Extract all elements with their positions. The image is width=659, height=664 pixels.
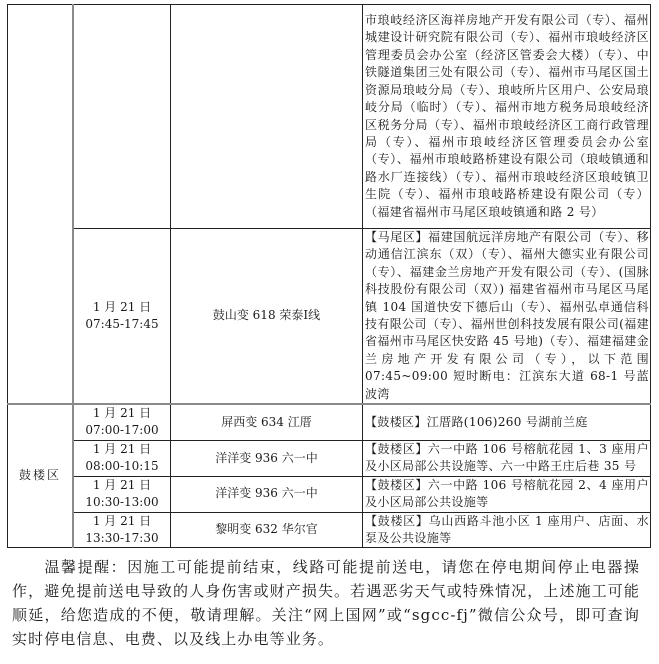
line-name: 黎明变 632 华尔官: [215, 522, 318, 536]
scope-text: 【鼓楼区】六一中路 106 号榕航花园 2、4 座用户及小区局部公共设施等: [365, 477, 649, 512]
scope-text: 【鼓楼区】乌山西路斗池小区 1 座用户、店面、水泵及公共设施等: [365, 513, 649, 548]
line-name: 鼓山变 618 荣泰Ⅰ线: [213, 308, 320, 322]
outage-date: 1 月 21 日: [74, 441, 170, 458]
time-cell: 1 月 21 日 13:30-17:30: [73, 512, 171, 548]
scope-text: 市琅岐经济区海祥房地产开发有限公司（专）、福州城建设计研究院有限公司（专）、福州…: [365, 12, 649, 221]
time-cell: 1 月 21 日 08:00-10:15: [73, 440, 171, 476]
scope-cell: 市琅岐经济区海祥房地产开发有限公司（专）、福州城建设计研究院有限公司（专）、福州…: [363, 5, 651, 229]
line-cell: 洋洋变 936 六一中: [171, 476, 363, 512]
warm-reminder-notice: 温馨提醒：因施工可能提前结束，线路可能提前送电，请您在停电期间停止电器操作，避免…: [12, 555, 640, 651]
outage-time-range: 13:30-17:30: [74, 530, 170, 547]
line-cell: [171, 5, 363, 229]
area-label: 鼓楼区: [19, 468, 61, 482]
outage-time-range: 10:30-13:00: [74, 494, 170, 511]
table-row: 1 月 21 日 13:30-17:30 黎明变 632 华尔官 【鼓楼区】乌山…: [8, 512, 651, 548]
outage-schedule-table: 市琅岐经济区海祥房地产开发有限公司（专）、福州城建设计研究院有限公司（专）、福州…: [7, 4, 651, 548]
area-cell: [8, 5, 74, 405]
line-name: 屏西变 634 江厝: [221, 415, 312, 429]
time-cell: [73, 5, 171, 229]
scope-text: 【鼓楼区】六一中路 106 号榕航花园 1、3 座用户及小区局部公共设施等、六一…: [365, 441, 649, 476]
line-cell: 黎明变 632 华尔官: [171, 512, 363, 548]
scope-cell: 【鼓楼区】江厝路(106)260 号湖前兰庭: [363, 404, 651, 440]
outage-date: 1 月 21 日: [74, 513, 170, 530]
line-cell: 鼓山变 618 荣泰Ⅰ线: [171, 229, 363, 405]
outage-date: 1 月 21 日: [74, 477, 170, 494]
line-cell: 屏西变 634 江厝: [171, 404, 363, 440]
scope-cell: 【马尾区】福建国航远洋房地产有限公司（专）、移动通信江滨东（双）（专）、福州大德…: [363, 229, 651, 405]
table-row: 市琅岐经济区海祥房地产开发有限公司（专）、福州城建设计研究院有限公司（专）、福州…: [8, 5, 651, 229]
notice-text: 温馨提醒：因施工可能提前结束，线路可能提前送电，请您在停电期间停止电器操作，避免…: [12, 558, 640, 648]
time-cell: 1 月 21 日 07:00-17:00: [73, 404, 171, 440]
table-row: 1 月 21 日 10:30-13:00 洋洋变 936 六一中 【鼓楼区】六一…: [8, 476, 651, 512]
line-cell: 洋洋变 936 六一中: [171, 440, 363, 476]
area-cell: 鼓楼区: [8, 404, 74, 548]
scope-text: 【鼓楼区】江厝路(106)260 号湖前兰庭: [365, 414, 649, 431]
outage-date: 1 月 21 日: [74, 299, 170, 316]
table-row: 鼓楼区 1 月 21 日 07:00-17:00 屏西变 634 江厝 【鼓楼区…: [8, 404, 651, 440]
scope-cell: 【鼓楼区】六一中路 106 号榕航花园 1、3 座用户及小区局部公共设施等、六一…: [363, 440, 651, 476]
outage-date: 1 月 21 日: [74, 405, 170, 422]
outage-time-range: 08:00-10:15: [74, 458, 170, 475]
line-name: 洋洋变 936 六一中: [215, 486, 318, 500]
table-row: 1 月 21 日 08:00-10:15 洋洋变 936 六一中 【鼓楼区】六一…: [8, 440, 651, 476]
outage-time-range: 07:00-17:00: [74, 422, 170, 439]
time-cell: 1 月 21 日 10:30-13:00: [73, 476, 171, 512]
table-row: 1 月 21 日 07:45-17:45 鼓山变 618 荣泰Ⅰ线 【马尾区】福…: [8, 229, 651, 405]
scope-cell: 【鼓楼区】六一中路 106 号榕航花园 2、4 座用户及小区局部公共设施等: [363, 476, 651, 512]
outage-time-range: 07:45-17:45: [74, 316, 170, 333]
time-cell: 1 月 21 日 07:45-17:45: [73, 229, 171, 405]
scope-cell: 【鼓楼区】乌山西路斗池小区 1 座用户、店面、水泵及公共设施等: [363, 512, 651, 548]
line-name: 洋洋变 936 六一中: [215, 451, 318, 465]
scope-text: 【马尾区】福建国航远洋房地产有限公司（专）、移动通信江滨东（双）（专）、福州大德…: [365, 229, 649, 403]
